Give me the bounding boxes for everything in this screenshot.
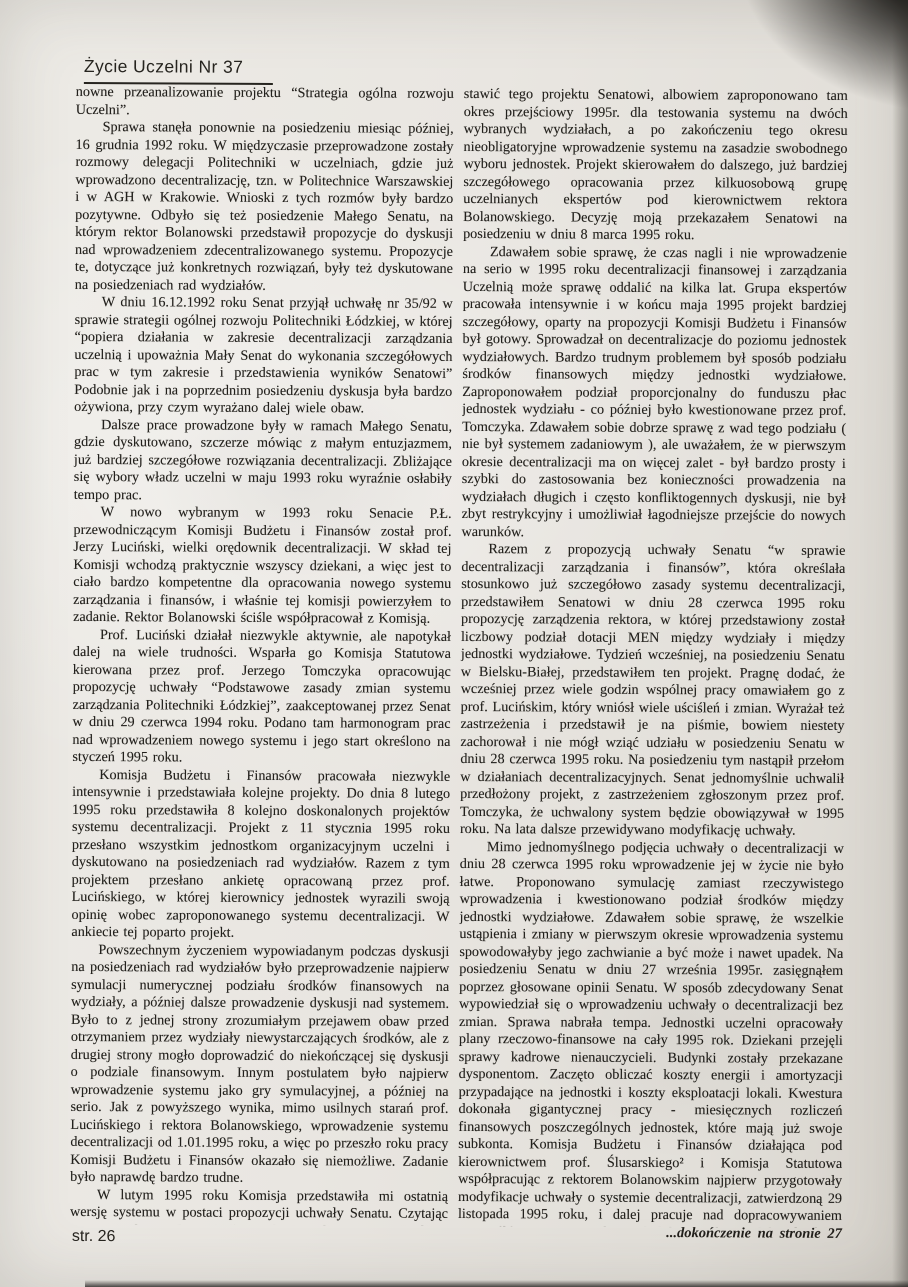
paragraph: Prof. Luciński działał niezwykle aktywni… [72,626,451,768]
paragraph: stawić tego projektu Senatowi, albowiem … [463,86,848,246]
paragraph: Mimo jednomyślnego podjęcia uchwały o de… [458,838,844,1228]
paragraph: Dalsze prace prowadzone były w ramach Ma… [74,416,452,505]
paragraph: nowne przeanalizowanie projektu “Strateg… [76,84,454,121]
paragraph: W dniu 16.12.1992 roku Senat przyjął uch… [74,294,453,418]
continuation-note: ...dokończenie na stronie 27 [458,1224,842,1243]
left-text-column: nowne przeanalizowanie projektu “Strateg… [70,84,454,1226]
paragraph: W nowo wybranym w 1993 roku Senacie P.Ł.… [73,504,452,628]
page-header: Życie Uczelni Nr 37 [84,56,273,85]
page-number: str. 26 [72,1228,116,1246]
paragraph: Razem z propozycją uchwały Senatu “w spr… [460,541,846,841]
publication-title: Życie Uczelni Nr 37 [84,56,273,85]
paragraph: Powszechnym życzeniem wypowiadanym podcz… [70,941,449,1188]
page-content: Życie Uczelni Nr 37 nowne przeanalizowan… [0,0,908,1287]
scanned-journal-page: Życie Uczelni Nr 37 nowne przeanalizowan… [0,0,908,1287]
right-text-column: stawić tego projektu Senatowi, albowiem … [458,86,848,1228]
paragraph: W lutym 1995 roku Komisja przedstawiła m… [70,1186,448,1225]
paragraph: Komisja Budżetu i Finansów pracowała nie… [71,766,450,943]
paragraph: Sprawa stanęła ponownie na posiedzeniu m… [75,119,454,296]
paragraph: Zdawałem sobie sprawę, że czas nagli i n… [461,243,847,543]
